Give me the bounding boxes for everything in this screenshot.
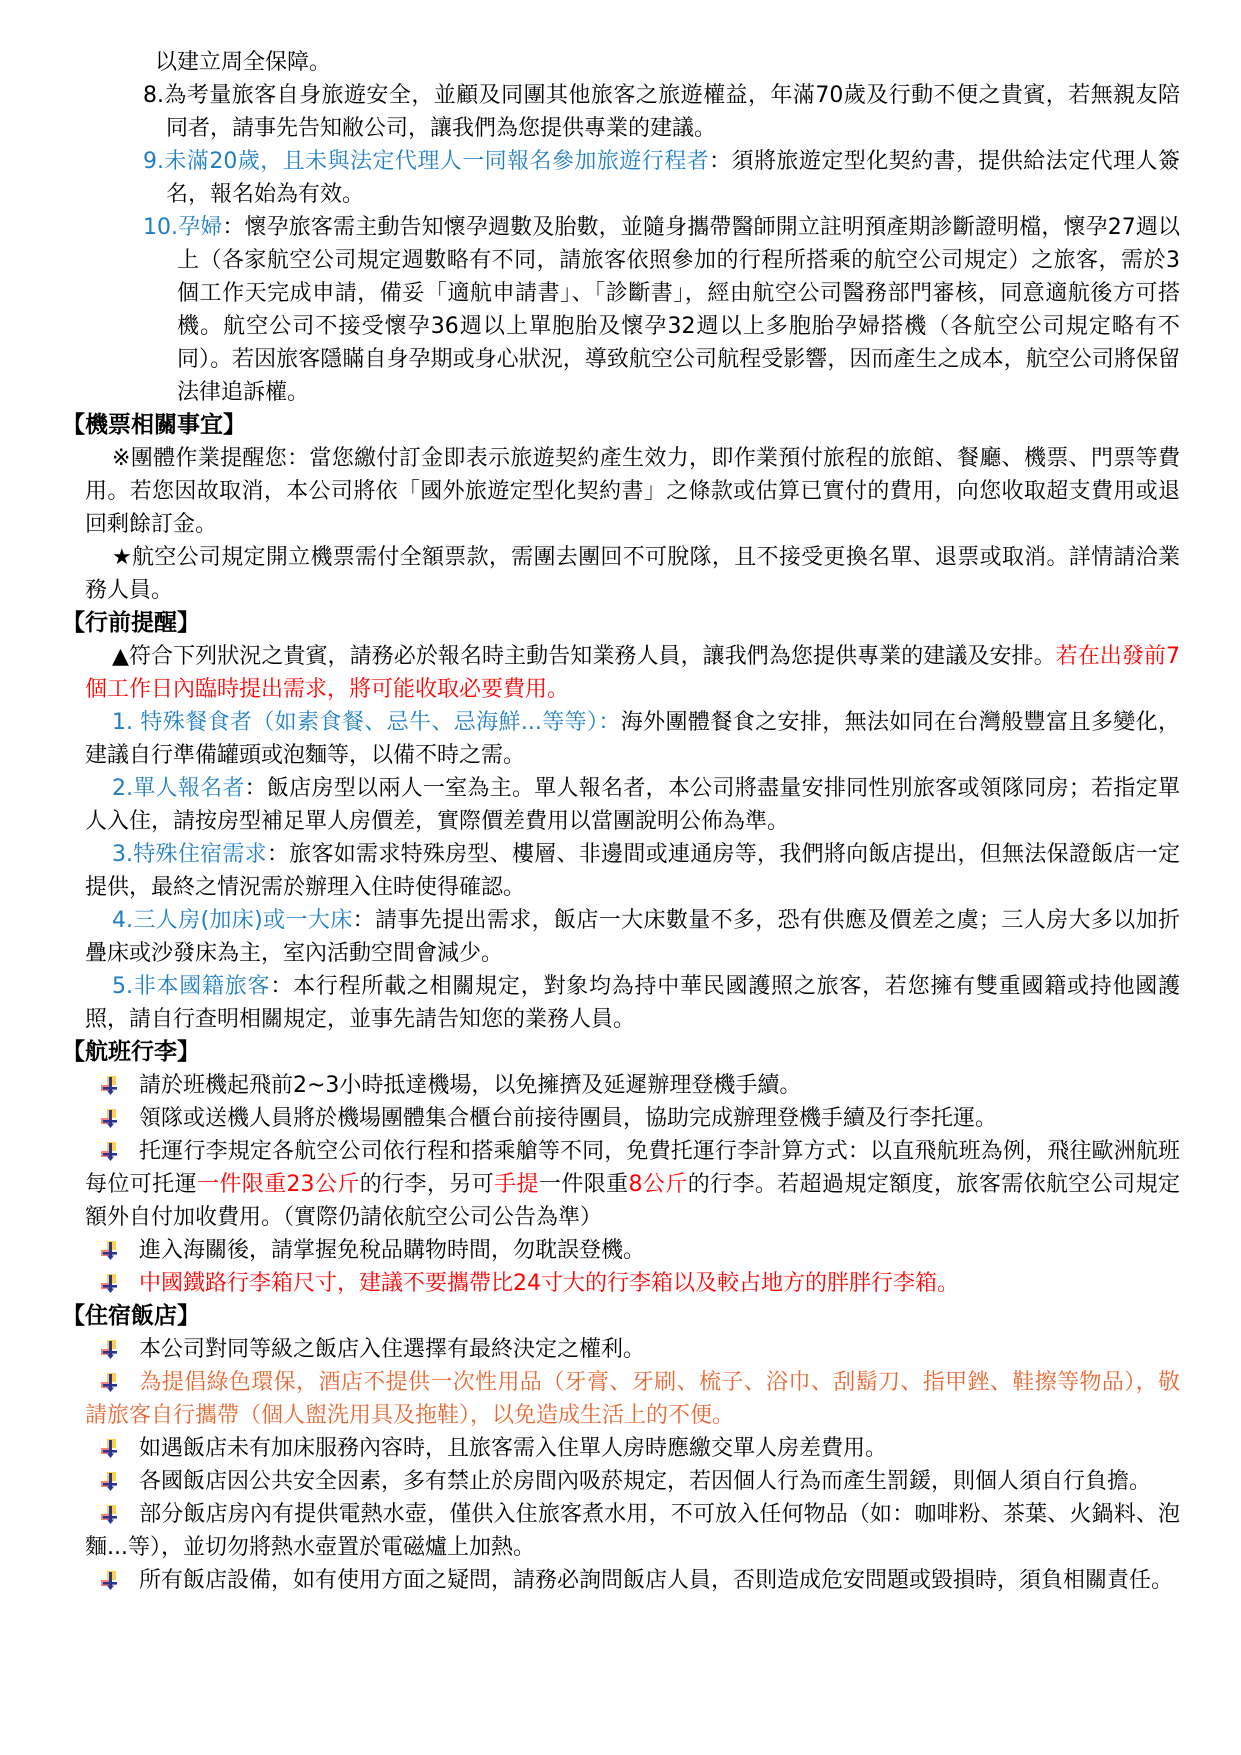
text-segment: 請於班機起飛前2~3小時抵達機場，以免擁擠及延遲辦理登機手續。 <box>139 1073 801 1098</box>
arrow-bullet-icon <box>100 1274 120 1293</box>
travel-terms-document: 以建立周全保障。8.為考量旅客自身旅遊安全，並顧及同團其他旅客之旅遊權益，年滿7… <box>0 0 1241 1755</box>
text-segment: 10.孕婦 <box>143 215 222 240</box>
text-segment: 進入海關後，請掌握免稅品購物時間，勿耽誤登機。 <box>139 1238 645 1263</box>
text-segment: 【住宿飯店】 <box>62 1303 200 1329</box>
pretrip-item-5: 5.非本國籍旅客：本行程所載之相關規定，對象均為持中華民國護照之旅客，若您擁有雙… <box>0 970 1241 1036</box>
text-segment: 手提 <box>494 1172 539 1197</box>
arrow-bullet-icon <box>100 1439 120 1458</box>
text-segment: 以建立周全保障。 <box>155 50 331 75</box>
pretrip-item-3: 3.特殊住宿需求：旅客如需求特殊房型、樓層、非邊間或連通房等，我們將向飯店提出，… <box>0 838 1241 904</box>
arrow-bullet-icon <box>100 1373 120 1392</box>
text-segment: ：懷孕旅客需主動告知懷孕週數及胎數，並隨身攜帶醫師開立註明預產期診斷證明檔，懷孕… <box>177 215 1180 405</box>
hotel-bullet-5: 部分飯店房內有提供電熱水壺，僅供入住旅客煮水用，不可放入任何物品（如：咖啡粉、茶… <box>0 1498 1241 1564</box>
baggage-bullet-1: 請於班機起飛前2~3小時抵達機場，以免擁擠及延遲辦理登機手續。 <box>0 1069 1241 1102</box>
intro-line: 以建立周全保障。 <box>0 46 1241 79</box>
text-segment: 的行李，另可 <box>360 1172 494 1197</box>
text-segment: 5.非本國籍旅客 <box>112 974 270 999</box>
section-heading-ticket: 【機票相關事宜】 <box>0 409 1241 442</box>
text-segment: ★航空公司規定開立機票需付全額票款，需團去團回不可脫隊，且不接受更換名單、退票或… <box>85 545 1180 603</box>
arrow-bullet-icon <box>100 1076 120 1095</box>
pretrip-item-4: 4.三人房(加床)或一大床：請事先提出需求，飯店一大床數量不多，恐有供應及價差之… <box>0 904 1241 970</box>
item-8: 8.為考量旅客自身旅遊安全，並顧及同團其他旅客之旅遊權益，年滿70歲及行動不便之… <box>0 79 1241 145</box>
arrow-bullet-icon <box>100 1340 120 1359</box>
hotel-bullet-1: 本公司對同等級之飯店入住選擇有最終決定之權利。 <box>0 1333 1241 1366</box>
text-segment: 8.為考量旅客自身旅遊安全，並顧及同團其他旅客之旅遊權益，年滿70歲及行動不便之… <box>143 83 1180 141</box>
text-segment: 所有飯店設備，如有使用方面之疑問，請務必詢問飯店人員，否則造成危安問題或毀損時，… <box>139 1568 1173 1593</box>
hotel-bullet-4: 各國飯店因公共安全因素，多有禁止於房間內吸菸規定，若因個人行為而產生罰鍰，則個人… <box>0 1465 1241 1498</box>
pretrip-item-2: 2.單人報名者：飯店房型以兩人一室為主。單人報名者，本公司將盡量安排同性別旅客或… <box>0 772 1241 838</box>
text-segment: 領隊或送機人員將於機場團體集合櫃台前接待團員，協助完成辦理登機手續及行李托運。 <box>139 1106 997 1131</box>
text-segment: ▲符合下列狀況之貴賓，請務必於報名時主動告知業務人員，讓我們為您提供專業的建議及… <box>112 644 1056 669</box>
document-body: 以建立周全保障。8.為考量旅客自身旅遊安全，並顧及同團其他旅客之旅遊權益，年滿7… <box>0 46 1241 1597</box>
arrow-bullet-icon <box>100 1109 120 1128</box>
hotel-bullet-6: 所有飯店設備，如有使用方面之疑問，請務必詢問飯店人員，否則造成危安問題或毀損時，… <box>0 1564 1241 1597</box>
arrow-bullet-icon <box>100 1571 120 1590</box>
text-segment: 4.三人房(加床)或一大床 <box>112 908 353 933</box>
text-segment: 為提倡綠色環保，酒店不提供一次性用品（牙膏、牙刷、梳子、浴巾、刮鬍刀、指甲銼、鞋… <box>85 1370 1180 1428</box>
text-segment: 【航班行李】 <box>62 1039 200 1065</box>
ticket-fullfare-note: ★航空公司規定開立機票需付全額票款，需團去團回不可脫隊，且不接受更換名單、退票或… <box>0 541 1241 607</box>
text-segment: 1. 特殊餐食者（如素食餐、忌牛、忌海鮮...等等）： <box>112 710 621 735</box>
text-segment: 一件限重23公斤 <box>197 1172 360 1197</box>
hotel-bullet-2: 為提倡綠色環保，酒店不提供一次性用品（牙膏、牙刷、梳子、浴巾、刮鬍刀、指甲銼、鞋… <box>0 1366 1241 1432</box>
text-segment: 8公斤 <box>629 1172 688 1197</box>
text-segment: 各國飯店因公共安全因素，多有禁止於房間內吸菸規定，若因個人行為而產生罰鍰，則個人… <box>139 1469 1151 1494</box>
item-10: 10.孕婦：懷孕旅客需主動告知懷孕週數及胎數，並隨身攜帶醫師開立註明預產期診斷證… <box>0 211 1241 409</box>
text-segment: 一件限重 <box>539 1172 629 1197</box>
pretrip-intro: ▲符合下列狀況之貴賓，請務必於報名時主動告知業務人員，讓我們為您提供專業的建議及… <box>0 640 1241 706</box>
section-heading-flight-baggage: 【航班行李】 <box>0 1036 1241 1069</box>
baggage-bullet-2: 領隊或送機人員將於機場團體集合櫃台前接待團員，協助完成辦理登機手續及行李托運。 <box>0 1102 1241 1135</box>
text-segment: 【行前提醒】 <box>62 610 200 636</box>
arrow-bullet-icon <box>100 1472 120 1491</box>
section-heading-hotel: 【住宿飯店】 <box>0 1300 1241 1333</box>
arrow-bullet-icon <box>100 1505 120 1524</box>
text-segment: 本公司對同等級之飯店入住選擇有最終決定之權利。 <box>139 1337 645 1362</box>
baggage-bullet-3: 托運行李規定各航空公司依行程和搭乘艙等不同，免費托運行李計算方式：以直飛航班為例… <box>0 1135 1241 1234</box>
text-segment: ※團體作業提醒您：當您繳付訂金即表示旅遊契約產生效力，即作業預付旅程的旅館、餐廳… <box>85 446 1180 537</box>
ticket-deposit-note: ※團體作業提醒您：當您繳付訂金即表示旅遊契約產生效力，即作業預付旅程的旅館、餐廳… <box>0 442 1241 541</box>
text-segment: 9.未滿20歲，且未與法定代理人一同報名參加旅遊行程者 <box>143 149 709 174</box>
item-9: 9.未滿20歲，且未與法定代理人一同報名參加旅遊行程者：須將旅遊定型化契約書，提… <box>0 145 1241 211</box>
hotel-bullet-3: 如遇飯店未有加床服務內容時，且旅客需入住單人房時應繳交單人房差費用。 <box>0 1432 1241 1465</box>
text-segment: 中國鐵路行李箱尺寸，建議不要攜帶比24寸大的行李箱以及較占地方的胖胖行李箱。 <box>139 1271 959 1296</box>
text-segment: 3.特殊住宿需求 <box>112 842 267 867</box>
section-heading-pretrip: 【行前提醒】 <box>0 607 1241 640</box>
text-segment: 如遇飯店未有加床服務內容時，且旅客需入住單人房時應繳交單人房差費用。 <box>139 1436 887 1461</box>
baggage-bullet-5: 中國鐵路行李箱尺寸，建議不要攜帶比24寸大的行李箱以及較占地方的胖胖行李箱。 <box>0 1267 1241 1300</box>
text-segment: 2.單人報名者 <box>112 776 245 801</box>
text-segment: 部分飯店房內有提供電熱水壺，僅供入住旅客煮水用，不可放入任何物品（如：咖啡粉、茶… <box>85 1502 1180 1560</box>
baggage-bullet-4: 進入海關後，請掌握免稅品購物時間，勿耽誤登機。 <box>0 1234 1241 1267</box>
arrow-bullet-icon <box>100 1142 120 1161</box>
pretrip-item-1: 1. 特殊餐食者（如素食餐、忌牛、忌海鮮...等等）：海外團體餐食之安排，無法如… <box>0 706 1241 772</box>
text-segment: 【機票相關事宜】 <box>62 412 246 438</box>
arrow-bullet-icon <box>100 1241 120 1260</box>
text-segment: ：飯店房型以兩人一室為主。單人報名者，本公司將盡量安排同性別旅客或領隊同房；若指… <box>85 776 1180 834</box>
